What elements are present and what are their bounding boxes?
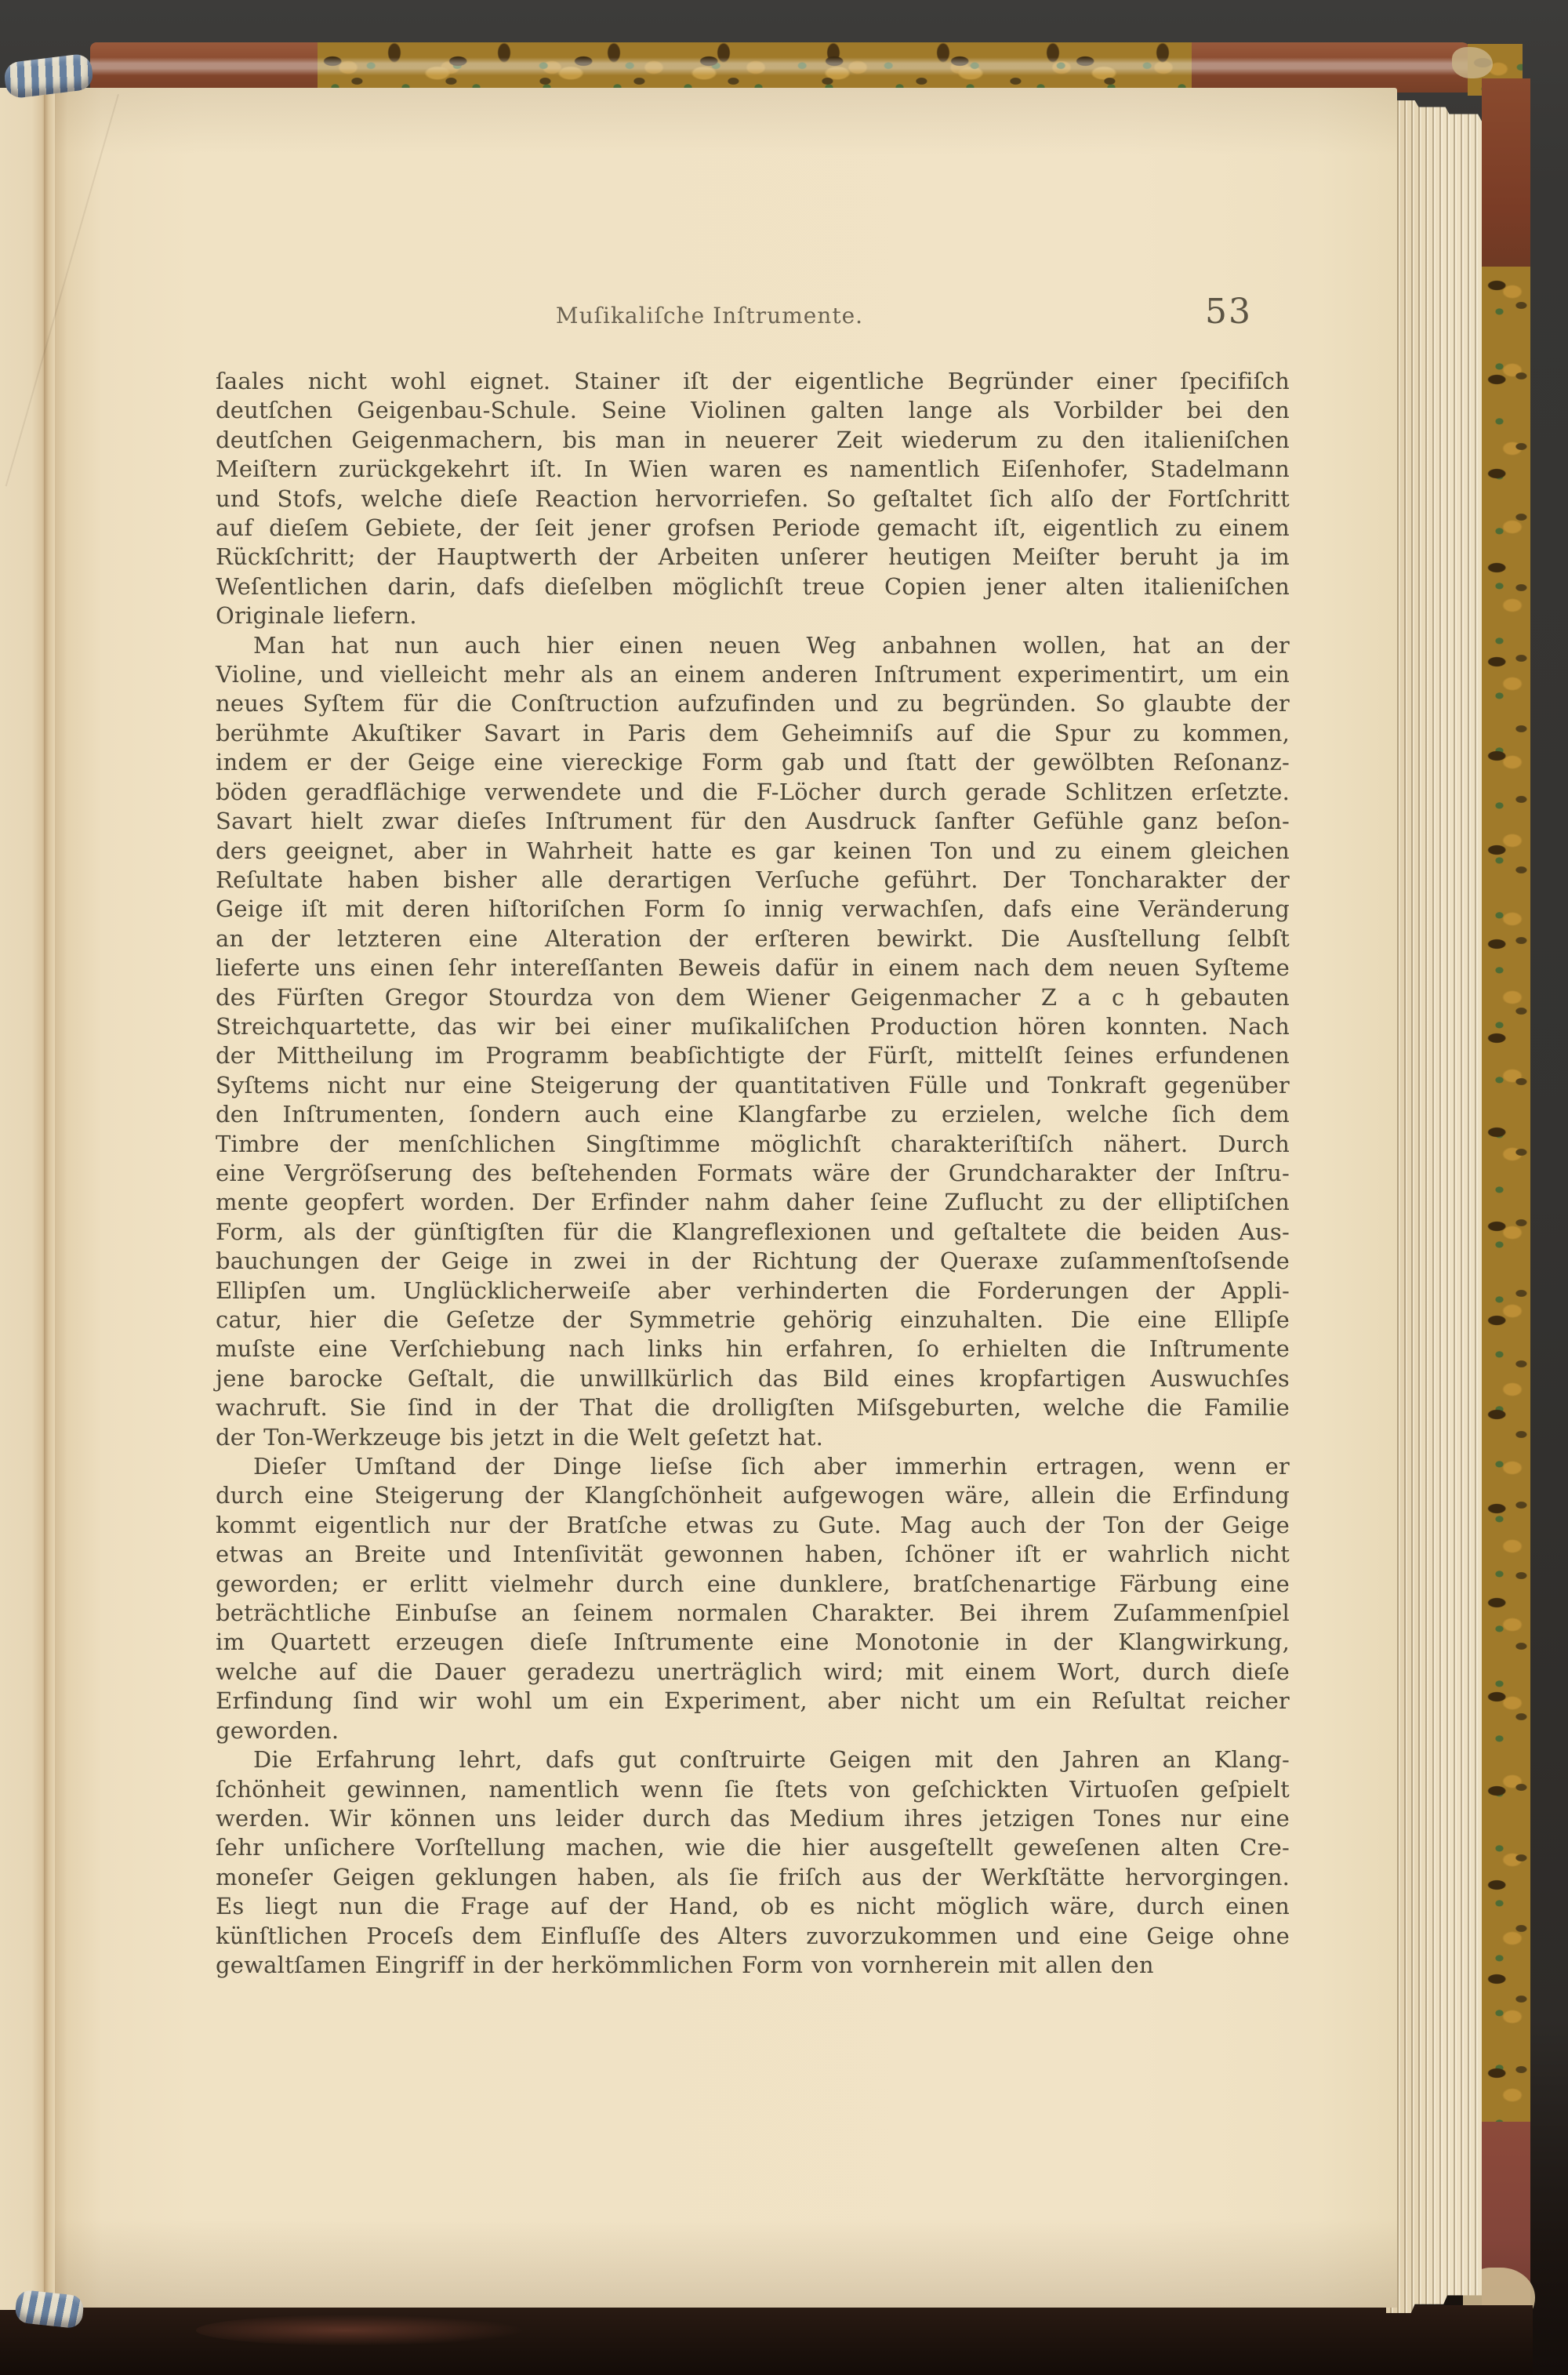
text-line: Violine, und vielleicht mehr als an eine… [216, 660, 1290, 689]
text-line: kommt eigentlich nur der Bratſche etwas … [216, 1511, 1290, 1540]
text-line: den Inſtrumenten, ſondern auch eine Klan… [216, 1100, 1290, 1129]
text-line: wachruft. Sie ſind in der That die droll… [216, 1393, 1290, 1422]
text-line: auf dieſem Gebiete, der ſeit jener grofs… [216, 514, 1290, 543]
book-scan: Muſikaliſche Inſtrumente. 53 ſaales nich… [0, 0, 1568, 2375]
text-line: Man hat nun auch hier einen neuen Weg an… [216, 631, 1290, 660]
text-line: Weſentlichen darin, dafs dieſelben mögli… [216, 572, 1290, 601]
worn-corner-top-right [1452, 47, 1493, 78]
text-line: Rückſchritt; der Hauptwerth der Arbeiten… [216, 543, 1290, 572]
text-line: etwas an Breite und Intenſivität gewonne… [216, 1540, 1290, 1569]
text-line: indem er der Geige eine viereckige Form … [216, 748, 1290, 777]
text-line: beträchtliche Einbuſse an ſeinem normale… [216, 1599, 1290, 1628]
text-line: ſchönheit gewinnen, namentlich wenn ſie … [216, 1775, 1290, 1804]
text-line: des Fürſten Gregor Stourdza von dem Wien… [216, 983, 1290, 1012]
text-line: Dieſer Umſtand der Dinge lieſse ſich abe… [216, 1452, 1290, 1481]
text-line: an der letzteren eine Alteration der erſ… [216, 924, 1290, 953]
text-line: Geige iſt mit deren hiſtoriſchen Form ſo… [216, 895, 1290, 924]
text-line: neues Syſtem für die Conſtruction aufzuf… [216, 689, 1290, 718]
text-line: Form, als der günſtigſten für die Klangr… [216, 1218, 1290, 1247]
text-line: Timbre der menſchlichen Singſtimme mögli… [216, 1130, 1290, 1159]
text-line: moneſer Geigen geklungen haben, als ſie … [216, 1863, 1290, 1892]
facing-page-sliver [0, 88, 45, 2310]
text-line: deutſchen Geigenbau-Schule. Seine Violin… [216, 396, 1290, 425]
text-line: jene barocke Geſtalt, die unwillkürlich … [216, 1364, 1290, 1393]
running-title: Muſikaliſche Inſtrumente. [172, 303, 1247, 329]
text-line: und Stofs, welche dieſe Reaction hervorr… [216, 485, 1290, 514]
text-line: mente geopfert worden. Der Erfinder nahm… [216, 1188, 1290, 1217]
body-text: ſaales nicht wohl eignet. Stainer iſt de… [216, 367, 1290, 1980]
leather-right-top [1482, 78, 1530, 267]
text-line: Syſtems nicht nur eine Steigerung der qu… [216, 1071, 1290, 1100]
text-line: Originale liefern. [216, 601, 1290, 630]
text-line: Erfindung ſind wir wohl um ein Experimen… [216, 1687, 1290, 1716]
text-line: eine Vergröſserung des beſtehenden Forma… [216, 1159, 1290, 1188]
book-cover-top-edge [90, 42, 1470, 93]
text-line: künſtlichen Proceſs dem Einfluſſe des Al… [216, 1922, 1290, 1951]
text-line: deutſchen Geigenmachern, bis man in neue… [216, 426, 1290, 455]
text-line: gewaltſamen Eingriff in der herkömmliche… [216, 1951, 1290, 1980]
text-line: geworden. [216, 1716, 1290, 1745]
text-line: welche auf die Dauer geradezu unerträgli… [216, 1658, 1290, 1687]
text-line: Reſultate haben bisher alle derartigen V… [216, 866, 1290, 895]
text-line: durch eine Steigerung der Klangſchönheit… [216, 1481, 1290, 1510]
text-line: ſehr unſichere Vorſtellung machen, wie d… [216, 1833, 1290, 1862]
book-cover-bottom-edge [0, 2305, 1533, 2375]
text-line: der Mittheilung im Programm beabſichtigt… [216, 1041, 1290, 1070]
text-line: Savart hielt zwar dieſes Inſtrument für … [216, 807, 1290, 836]
book-cover-right-edge [1482, 78, 1530, 2318]
text-line: geworden; er erlitt vielmehr durch eine … [216, 1570, 1290, 1599]
top-edge-sheen [90, 42, 1470, 93]
text-line: Es liegt nun die Frage auf der Hand, ob … [216, 1892, 1290, 1921]
page-number: 53 [1205, 292, 1252, 332]
text-line: Meiſtern zurückgekehrt iſt. In Wien ware… [216, 455, 1290, 484]
page-edge-stack [1386, 100, 1482, 2313]
text-line: catur, hier die Geſetze der Symmetrie ge… [216, 1306, 1290, 1335]
text-line: Ellipſen um. Unglücklicherweiſe aber ver… [216, 1276, 1290, 1306]
text-line: werden. Wir können uns leider durch das … [216, 1804, 1290, 1833]
text-line: Die Erfahrung lehrt, dafs gut conſtruirt… [216, 1745, 1290, 1774]
bottom-edge-highlight [196, 2315, 525, 2346]
page-header: Muſikaliſche Inſtrumente. 53 [216, 292, 1290, 339]
text-line: bauchungen der Geige in zwei in der Rich… [216, 1247, 1290, 1276]
text-line: im Quartett erzeugen dieſe Inſtrumente e… [216, 1628, 1290, 1657]
text-line: muſste eine Verſchiebung nach links hin … [216, 1335, 1290, 1364]
text-line: ſaales nicht wohl eignet. Stainer iſt de… [216, 367, 1290, 396]
marbled-board-right-edge [1482, 267, 1530, 2122]
text-line: der Ton-Werkzeuge bis jetzt in die Welt … [216, 1423, 1290, 1452]
text-line: lieferte uns einen ſehr intereſſanten Be… [216, 953, 1290, 982]
text-line: ders geeignet, aber in Wahrheit hatte es… [216, 837, 1290, 866]
text-line: berühmte Akuſtiker Savart in Paris dem G… [216, 719, 1290, 748]
text-line: Streichquartette, das wir bei einer muſi… [216, 1012, 1290, 1041]
text-line: böden geradflächige verwendete und die F… [216, 778, 1290, 807]
